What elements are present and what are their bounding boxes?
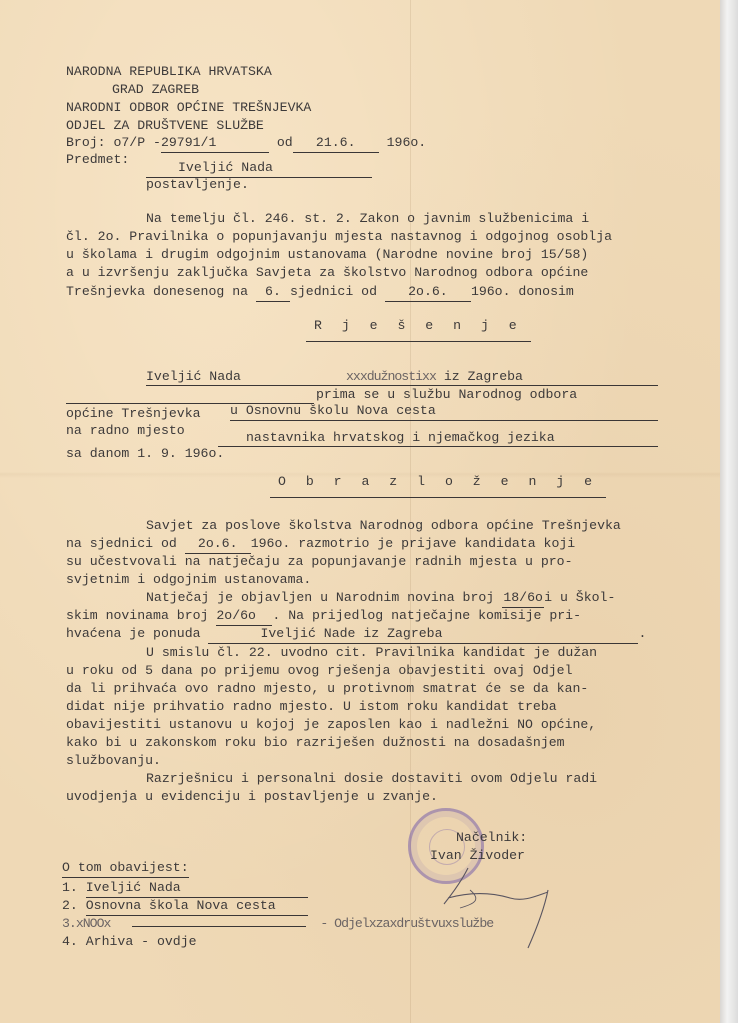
meeting-date: 2o.6.: [185, 534, 251, 554]
struck-text: - Odjelxzaxdruštvuxslužbe: [320, 916, 493, 931]
text: na sjednici od: [66, 536, 177, 551]
rationale-p1-line-4: svjetnim i odgojnim ustanovama.: [66, 570, 311, 589]
reference-number: 29791/1: [161, 133, 269, 153]
rationale-title: O b r a z l o ž e n j e: [270, 472, 606, 498]
school-news-number: 2o/6o: [216, 606, 272, 626]
subject-label: Predmet:: [66, 150, 129, 169]
signatory-title: Načelnik:: [456, 828, 527, 847]
document-page: NARODNA REPUBLIKA HRVATSKA GRAD ZAGREB N…: [0, 0, 720, 1023]
text: hvaćena je ponuda: [66, 626, 201, 641]
position-label: na radno mjesto: [66, 421, 185, 440]
paper-fold: [410, 0, 411, 1023]
rationale-p2-line-1: Natječaj je objavljen u Narodnim novina …: [146, 588, 615, 608]
appointee-name: Iveljić Nada: [146, 369, 241, 384]
item-number: 3.xNOOx: [62, 916, 110, 931]
header-republic: NARODNA REPUBLIKA HRVATSKA: [66, 62, 272, 81]
text: .: [638, 626, 646, 641]
intro-text: 196o. donosim: [471, 284, 574, 299]
header-city: GRAD ZAGREB: [112, 80, 199, 99]
distribution-title-text: O tom obavijest:: [62, 858, 189, 878]
text: skim novinama broj: [66, 608, 208, 623]
document-date: 21.6.: [293, 133, 379, 153]
distribution-item: 2. Osnovna škola Nova cesta: [62, 896, 308, 916]
handwritten-signature-icon: [440, 860, 600, 950]
rationale-p2-line-2: skim novinama broj 2o/6o. Na prijedlog n…: [66, 606, 581, 626]
rationale-p1-line-1: Savjet za poslove školstva Narodnog odbo…: [146, 516, 621, 535]
item-number: 2.: [62, 898, 78, 913]
position-name: nastavnika hrvatskog i njemačkog jezika: [246, 428, 555, 447]
scan-edge: [720, 0, 738, 1023]
item-text: Iveljić Nada: [86, 878, 308, 898]
rationale-p2-line-3: hvaćena je ponuda Iveljić Nade iz Zagreb…: [66, 624, 646, 644]
item-text: Arhiva - ovdje: [86, 934, 197, 949]
rule: [230, 420, 658, 421]
rule: [218, 446, 658, 447]
text: i u Škol-: [544, 590, 615, 605]
distribution-item: 3.xNOOx - Odjelxzaxdruštvuxslužbe: [62, 914, 493, 933]
rationale-p3-line-4: didat nije prihvatio radno mjesto. U ist…: [66, 697, 557, 716]
rationale-p4-line-2: uvodjenja u evidenciju i postavljenje u …: [66, 787, 438, 806]
struck-text: xxxdužnostixx: [346, 369, 436, 384]
rationale-p3-line-1: U smislu čl. 22. uvodno cit. Pravilnika …: [146, 643, 597, 662]
item-text: Osnovna škola Nova cesta: [86, 896, 308, 916]
intro-line-5: Trešnjevka donesenog na 6.sjednici od 2o…: [66, 282, 574, 302]
rationale-p1-line-2: na sjednici od 2o.6.196o. razmotrio je p…: [66, 534, 575, 554]
text: 196o. razmotrio je prijave kandidata koj…: [251, 536, 575, 551]
rationale-p1-line-3: su učestvovali na natječaju za popunjava…: [66, 552, 572, 571]
header-committee: NARODNI ODBOR OPĆINE TREŠNJEVKA: [66, 98, 311, 117]
decision-name-line: Iveljić Nada: [146, 367, 241, 386]
appointee-origin: iz Zagreba: [444, 369, 523, 384]
item-number: 4.: [62, 934, 78, 949]
rationale-p3-line-2: u roku od 5 dana po prijemu ovog rješenj…: [66, 661, 572, 680]
decision-origin: xxxdužnostixx iz Zagreba: [346, 367, 523, 386]
decision-title: R j e š e n j e: [306, 316, 531, 342]
rationale-p4-line-1: Razrješnicu i personalni dosie dostaviti…: [146, 769, 597, 788]
text: . Na prijedlog natječajne komisije pri-: [272, 608, 581, 623]
session-date: 2o.6.: [385, 282, 471, 302]
rationale-p3-line-6: kako bi u zakonskom roku bio razriješen …: [66, 733, 565, 752]
gazette-number: 18/6o: [502, 588, 544, 608]
rationale-p3-line-7: službovanju.: [66, 751, 161, 770]
school-name: u Osnovnu školu Nova cesta: [230, 401, 436, 420]
rationale-p3-line-3: da li prihvaća ovo radno mjesto, u proti…: [66, 679, 588, 698]
text: Natječaj je objavljen u Narodnim novina …: [146, 590, 494, 605]
session-number: 6.: [256, 282, 290, 302]
decision-title-text: R j e š e n j e: [306, 316, 531, 342]
rationale-p3-line-5: obavijestiti ustanovu u kojoj je zaposle…: [66, 715, 596, 734]
intro-text: sjednici od: [290, 284, 377, 299]
start-date: sa danom 1. 9. 196o.: [66, 444, 224, 463]
accepted-offer: Iveljić Nade iz Zagreba: [208, 624, 638, 644]
distribution-title: O tom obavijest:: [62, 858, 189, 878]
date-label: od: [277, 135, 293, 150]
intro-line-3: u školama i drugim odgojnim ustanovama (…: [66, 245, 588, 264]
intro-line-4: a u izvršenju zaključka Savjeta za škols…: [66, 263, 588, 282]
distribution-item: 1. Iveljić Nada: [62, 878, 308, 898]
subject-topic: postavljenje.: [146, 175, 249, 194]
intro-line-1: Na temelju čl. 246. st. 2. Zakon o javni…: [146, 209, 589, 228]
document-year: 196o.: [387, 135, 427, 150]
item-text: [132, 926, 306, 927]
intro-line-2: čl. 2o. Pravilnika o popunjavanju mjesta…: [66, 227, 612, 246]
item-number: 1.: [62, 880, 78, 895]
distribution-item: 4. Arhiva - ovdje: [62, 932, 197, 951]
reference-label: Broj: o7/P -: [66, 135, 161, 150]
intro-text: Trešnjevka donesenog na: [66, 284, 248, 299]
rationale-title-text: O b r a z l o ž e n j e: [270, 472, 606, 498]
